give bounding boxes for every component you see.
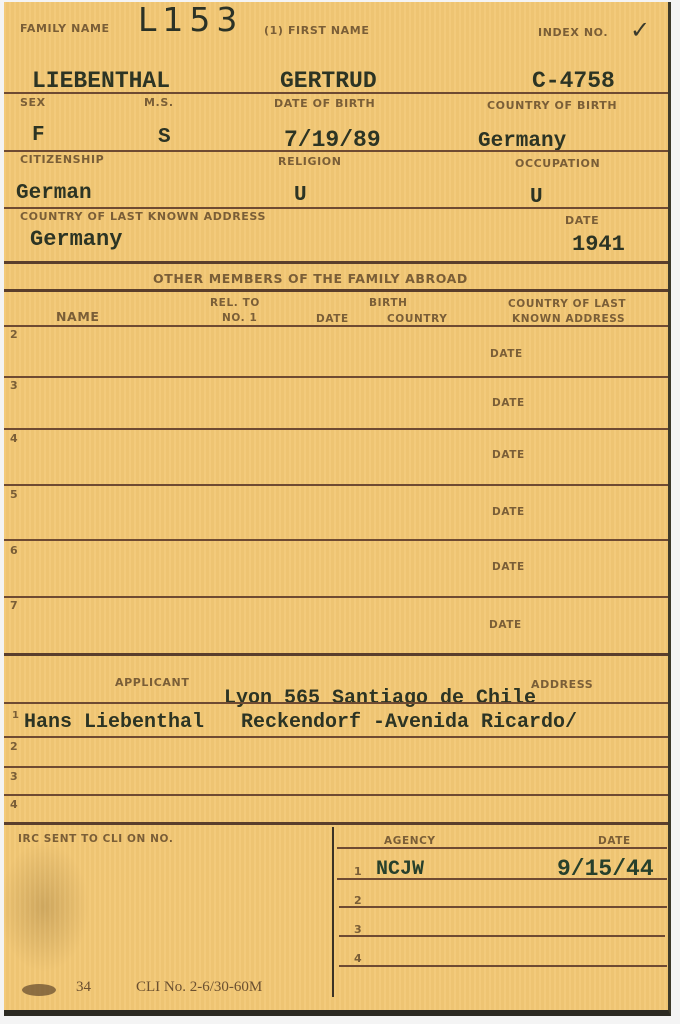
last-address-label: COUNTRY OF LAST KNOWN ADDRESS (20, 210, 266, 223)
row-number: 1 (354, 865, 362, 878)
printer-mark: 34 (76, 979, 91, 996)
last-address-value: Germany (30, 227, 122, 252)
divider (4, 92, 668, 94)
religion-label: RELIGION (278, 155, 342, 168)
row-date-label: DATE (492, 449, 525, 461)
occupation-label: OCCUPATION (515, 157, 600, 170)
row-date-label: DATE (490, 348, 523, 360)
agency-date-label: DATE (598, 835, 631, 847)
col-last-address-label-1: COUNTRY OF LAST (508, 298, 626, 310)
col-date-label: DATE (316, 313, 349, 325)
divider (4, 289, 668, 292)
index-no-value: C-4758 (532, 68, 615, 94)
divider (4, 150, 668, 152)
first-name-label: (1) FIRST NAME (264, 24, 369, 37)
col-name-label: NAME (56, 309, 100, 324)
row-number: 1 (12, 710, 19, 721)
col-rel-label-1: REL. TO (210, 297, 260, 309)
first-name-value: GERTRUD (280, 68, 377, 94)
row-number: 6 (10, 544, 18, 557)
row-number: 4 (10, 432, 18, 445)
index-no-label: INDEX NO. (538, 26, 608, 39)
handwritten-code: L153 (138, 0, 243, 39)
family-name-label: FAMILY NAME (20, 22, 110, 35)
col-last-address-label-2: KNOWN ADDRESS (512, 313, 625, 325)
row-number: 2 (10, 740, 18, 753)
divider (339, 935, 665, 937)
applicant-label: APPLICANT (115, 676, 189, 689)
country-of-birth-label: COUNTRY OF BIRTH (487, 99, 617, 112)
address-label: ADDRESS (531, 678, 593, 691)
row-number: 4 (10, 798, 18, 811)
row-number: 5 (10, 488, 18, 501)
family-name-value: LIEBENTHAL (32, 68, 170, 94)
divider (337, 878, 667, 880)
row-date-label: DATE (492, 561, 525, 573)
divider (4, 596, 668, 598)
row-number: 4 (354, 952, 362, 965)
col-rel-label-2: NO. 1 (222, 312, 257, 324)
row-number: 2 (10, 328, 18, 341)
applicant-name: Hans Liebenthal (24, 711, 204, 734)
divider (4, 653, 668, 656)
form-number: CLI No. 2-6/30-60M (136, 979, 262, 996)
check-mark-icon: ✓ (630, 16, 650, 44)
row-number: 7 (10, 599, 18, 612)
date-value: 1941 (572, 232, 625, 257)
row-date-label: DATE (489, 619, 522, 631)
divider (4, 736, 668, 738)
divider (337, 847, 667, 849)
col-birth-label: BIRTH (369, 297, 407, 309)
ms-label: M.S. (144, 96, 174, 109)
col-country-label: COUNTRY (387, 313, 447, 325)
divider (4, 766, 668, 768)
row-date-label: DATE (492, 397, 525, 409)
divider (4, 822, 668, 825)
agency-label: AGENCY (384, 835, 436, 847)
vertical-divider (332, 827, 334, 997)
divider (4, 428, 668, 430)
row-number: 3 (10, 379, 18, 392)
divider (4, 702, 668, 704)
printer-stamp-icon (22, 984, 56, 996)
divider (339, 965, 667, 967)
sex-label: SEX (20, 96, 46, 109)
divider (4, 207, 668, 209)
religion-value: U (294, 184, 307, 207)
row-date-label: DATE (492, 506, 525, 518)
applicant-address-line2: Lyon 565 Santiago de Chile (224, 687, 536, 710)
family-abroad-title: OTHER MEMBERS OF THE FAMILY ABROAD (153, 271, 468, 286)
index-card: FAMILY NAME L153 (1) FIRST NAME INDEX NO… (4, 2, 671, 1016)
divider (4, 261, 668, 264)
row-number: 3 (10, 770, 18, 783)
divider (339, 906, 667, 908)
citizenship-value: German (16, 182, 92, 205)
sex-value: F (32, 124, 45, 147)
irc-label: IRC SENT TO CLI ON NO. (18, 833, 173, 845)
dob-label: DATE OF BIRTH (274, 97, 375, 110)
divider (4, 484, 668, 486)
divider (4, 325, 668, 327)
citizenship-label: CITIZENSHIP (20, 153, 104, 166)
divider (4, 794, 668, 796)
date-label: DATE (565, 214, 599, 227)
ms-value: S (158, 126, 171, 149)
occupation-value: U (530, 186, 543, 209)
applicant-address-line1: Reckendorf -Avenida Ricardo/ (241, 711, 577, 734)
divider (4, 539, 668, 541)
divider (4, 376, 668, 378)
